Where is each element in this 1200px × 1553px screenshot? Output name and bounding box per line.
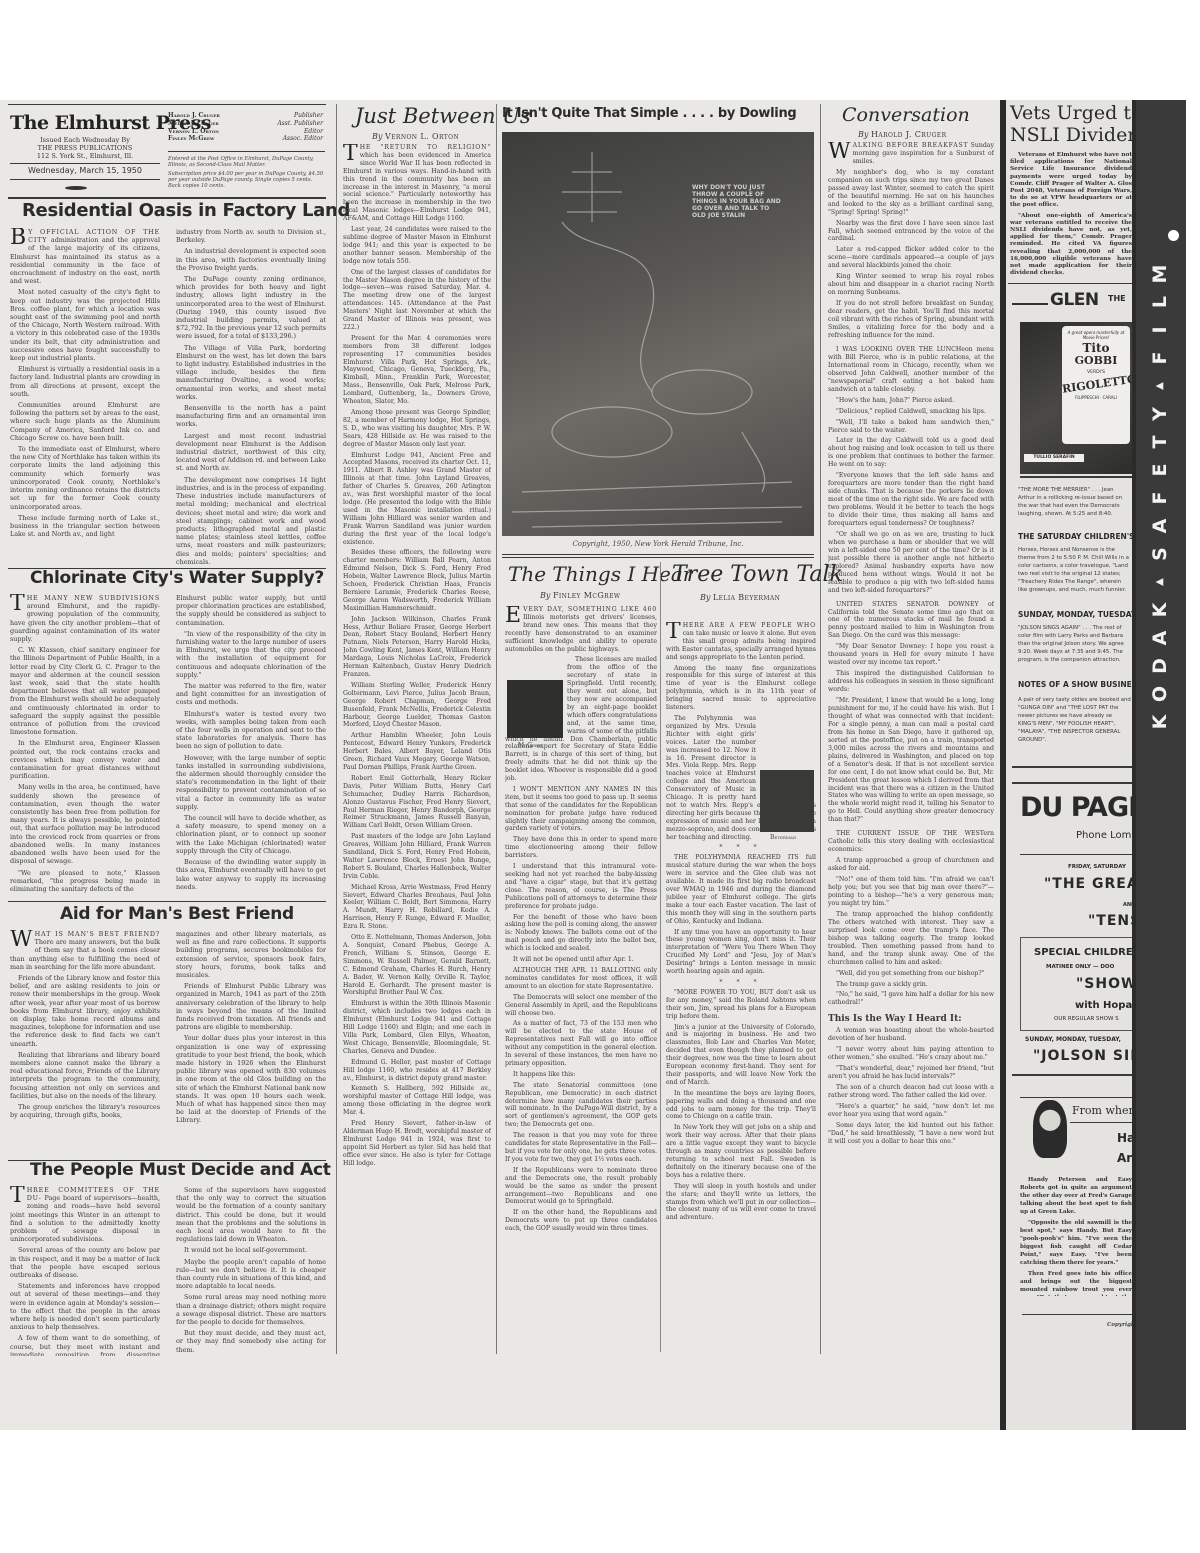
- paragraph: A woman was boasting about the whole-hea…: [828, 1027, 994, 1043]
- paragraph: administration and the approval of the l…: [10, 236, 160, 285]
- paragraph: Statements and inferences have cropped o…: [10, 1282, 160, 1331]
- paragraph: "No!" one of them told him. "I'm afraid …: [828, 876, 994, 908]
- lead-text: HAT IS MAN'S BEST FRIEND?: [35, 930, 160, 938]
- ad-rule: [1022, 1314, 1134, 1315]
- headline-library: Aid for Man's Best Friend: [60, 904, 294, 924]
- staff-rule: [168, 151, 325, 152]
- paragraph: Among those present was George Spindler,…: [343, 409, 491, 449]
- staff-role: Assoc. Editor: [283, 135, 323, 143]
- paragraph: Bensenville to the north has a paint man…: [176, 404, 326, 429]
- paragraph: Then Fred goes into his office and bring…: [1020, 1270, 1132, 1296]
- staff-name: Harold J. Cruger: [168, 112, 220, 120]
- headline-vets-2: NSLI Dividen: [1010, 124, 1140, 146]
- paragraph: Most noted casualty of the city's fight …: [10, 288, 160, 362]
- date-rule-top: [10, 163, 160, 164]
- lead-text: HE "RETURN TO RELIGION": [360, 144, 491, 151]
- headline-tree-town-talk: Tree Town Talk: [672, 562, 843, 587]
- paragraph: If you do not stroll before breakfast on…: [828, 300, 994, 340]
- paragraph: Later in the day Caldwell told us a good…: [828, 437, 994, 469]
- dupage-days-1: FRIDAY, SATURDAY: [1068, 864, 1126, 870]
- film-letter: M: [1146, 260, 1174, 288]
- paragraph: "Well, I'll take a baked ham sandwich th…: [828, 419, 994, 435]
- paragraph: "Everyone knows that the left side hams …: [828, 472, 994, 528]
- paragraph: Past masters of the lodge are John Layla…: [343, 833, 491, 880]
- dropcap: T: [10, 1187, 25, 1205]
- film-letter: ▲: [1146, 372, 1174, 400]
- column-rule: [820, 104, 821, 1354]
- paragraph: An industrial development is expected so…: [176, 247, 326, 272]
- vets-article: Veterans of Elmhurst who have not filed …: [1010, 152, 1132, 277]
- dupage-feature-4: "JOLSON SIN: [1033, 1048, 1143, 1064]
- ad-rule: [1012, 1074, 1134, 1076]
- glen-logo: GLEN: [1050, 290, 1099, 310]
- paragraph: Communities around Elmhurst are followin…: [10, 401, 160, 442]
- headline-conversation: Conversation: [842, 104, 970, 126]
- library-col-1: WHAT IS MAN'S BEST FRIEND? There are man…: [10, 930, 160, 1158]
- paragraph: The son of a church deacon had cut loose…: [828, 1084, 994, 1100]
- paragraph: John Jackson Wilkinson, Charles Frank He…: [343, 616, 491, 679]
- dropcap: T: [666, 623, 681, 641]
- columnist-portrait-icon: [1033, 1100, 1067, 1158]
- cartoon-caption: Copyright, 1950, New York Herald Tribune…: [502, 540, 814, 548]
- film-letter: T: [1146, 428, 1174, 456]
- paragraph: industry from North av. south to Divisio…: [176, 228, 326, 244]
- film-letter: K: [1146, 708, 1174, 736]
- staff-name: Finley McGrew: [168, 135, 214, 143]
- paragraph: The council will have to decide whether,…: [176, 814, 326, 855]
- paragraph: which has been evidenced in America sinc…: [343, 152, 491, 222]
- masthead-ornament: [65, 186, 87, 190]
- paragraph: THE CURRENT ISSUE OF THE WESTern Catholi…: [828, 830, 994, 854]
- headline-things-i-hear: The Things I Hear: [508, 562, 692, 586]
- glen-saturday-head: THE SATURDAY CHILDREN'S MA: [1018, 532, 1150, 541]
- paragraph: A tramp approached a group of churchmen …: [828, 857, 994, 873]
- paragraph: They will sleep in youth hostels and und…: [666, 1183, 816, 1223]
- paragraph: ALTHOUGH THE APR. 11 BALLOTING only nomi…: [505, 967, 657, 991]
- water-col-2: Elmhurst public water supply, but until …: [176, 594, 326, 894]
- entry-notice: Entered at the Post Office in Elmhurst, …: [168, 156, 325, 189]
- subscription-notice: Subscription price $4.00 per year in DuP…: [168, 171, 325, 190]
- paragraph: "I never worry about him paying attentio…: [828, 1046, 994, 1062]
- byline-name: Harold J. Cruger: [871, 130, 947, 139]
- residential-col-1: BY OFFICIAL ACTION OF THE CITY administr…: [10, 228, 160, 573]
- paragraph: Friends of Elmhurst Public Library was o…: [176, 982, 326, 1031]
- poster-star-last: GOBBI: [1062, 355, 1130, 367]
- paragraph: Fred Henry Sievert, father-in-law of Ald…: [343, 1120, 491, 1167]
- dropcap: W: [10, 931, 33, 949]
- ad-rule: [1020, 854, 1134, 855]
- column-rule: [336, 104, 337, 1354]
- paragraph: Because of the dwindling water supply in…: [176, 858, 326, 891]
- date-rule-bottom: [10, 179, 160, 180]
- film-letter: A: [1146, 624, 1174, 652]
- paragraph: Last year, 24 candidates were raised to …: [343, 226, 491, 266]
- dropcap: E: [505, 607, 521, 625]
- ad-rule: [1012, 766, 1134, 768]
- paragraph: Illinois motorists get drivers' licenses…: [505, 614, 657, 653]
- paragraph: In New York they will get jobs on a ship…: [666, 1124, 816, 1179]
- paragraph: Kenneth S. Hallberg, 592 Hillside av., w…: [343, 1085, 491, 1117]
- paragraph: "No," he said, "I gave him half a dollar…: [828, 991, 994, 1007]
- residential-col-2: industry from North av. south to Divisio…: [176, 228, 326, 573]
- paragraph: Several areas of the county are below pa…: [10, 1246, 160, 1279]
- film-letter: F: [1146, 484, 1174, 512]
- paragraph: This inspired the distinguished Californ…: [828, 670, 994, 694]
- paragraph: around Elmhurst, and the rapidly-growing…: [10, 602, 160, 643]
- film-letter: F: [1146, 344, 1174, 372]
- photo-spacer: [756, 715, 816, 797]
- staff-role: Publisher: [294, 112, 323, 120]
- paragraph: These include farming north of Lake st.,…: [10, 514, 160, 539]
- paragraph: Elmhurst is within the 30th Illinois Mas…: [343, 1000, 491, 1055]
- paragraph: Elmhurst is virtually a residential oasi…: [10, 365, 160, 398]
- paragraph: Your dollar dues plus your interest in t…: [176, 1034, 326, 1124]
- paragraph: "Here's a quarter," he said, "now don't …: [828, 1103, 994, 1119]
- paragraph: "We are pleased to note," Klassen remark…: [10, 869, 160, 894]
- poster-conductor: TULLIO SERAFIN: [1024, 454, 1084, 462]
- paragraph: To the immediate east of Elmhurst, where…: [10, 445, 160, 511]
- paragraph: "How's the ham, John?" Pierce asked.: [828, 397, 994, 405]
- paragraph: The matter was referred to the fire, wat…: [176, 682, 326, 707]
- paragraph: My neighbor's dog, who is my constant co…: [828, 169, 994, 217]
- paragraph: They have done this in order to spend mo…: [505, 836, 657, 860]
- paragraph: "Mr. President, I knew that would be a l…: [828, 697, 994, 824]
- staff-role: Asst. Publisher: [277, 120, 323, 128]
- paragraph: "Delicious," replied Caldwell, smacking …: [828, 408, 994, 416]
- photo-spacer: [505, 656, 567, 732]
- paragraph: A few of them want to do something, of c…: [10, 1334, 160, 1356]
- paragraph: It would not be local self-government.: [176, 1246, 326, 1254]
- film-letter: O: [1146, 680, 1174, 708]
- paragraph: "In view of the responsibility of the ci…: [176, 630, 326, 679]
- paragraph: Arthur Hamblin Wheeler, John Louis Pente…: [343, 732, 491, 772]
- publisher-address: 112 S. York St., Elmhurst, Ill.: [10, 152, 160, 160]
- ad-rule: [1020, 1097, 1134, 1098]
- postal-notice: Entered at the Post Office in Elmhurst, …: [168, 156, 325, 169]
- byline-prefix: By: [372, 132, 382, 141]
- cartoon-rule: [502, 557, 814, 558]
- section-divider-stars: * * *: [666, 844, 816, 852]
- paragraph: Nearby was the first dove I have seen si…: [828, 220, 994, 244]
- people-col-1: THREE COMMITTEES OF THE DU- Page board o…: [10, 1186, 160, 1356]
- paragraph: The DuPage county zoning ordinance, whic…: [176, 275, 326, 341]
- byline: By Lelia Beyerman: [700, 593, 780, 602]
- staff-name: Melvin J. Cruger: [168, 120, 219, 128]
- paragraph: C. W. Klassen, chief sanitary engineer f…: [10, 646, 160, 736]
- paragraph: Robert Emil Gotterhalk, Henry Ricker Dav…: [343, 775, 491, 830]
- paragraph: The Village of Villa Park, bordering Elm…: [176, 344, 326, 401]
- column-rule: [496, 104, 497, 1354]
- film-letter: D: [1146, 652, 1174, 680]
- paragraph: The tramp approached the bishop confiden…: [828, 911, 994, 967]
- byline-name: Lelia Beyerman: [713, 593, 780, 602]
- paragraph: "Well, did you get something from our bi…: [828, 970, 994, 978]
- paragraph: magazines and other library materials, a…: [176, 930, 326, 979]
- issue-date: Wednesday, March 15, 1950: [10, 166, 160, 175]
- paragraph: As a matter of fact, 73 of the 153 men w…: [505, 1020, 657, 1067]
- dropcap: B: [10, 229, 26, 247]
- staff-box: Harold J. CrugerPublisher Melvin J. Crug…: [168, 112, 323, 143]
- cartoon-speech: Why don't you just throw a couple of thi…: [692, 184, 782, 219]
- paragraph: Jim's a junior at the University of Colo…: [666, 1024, 816, 1087]
- ad-rule: [1020, 476, 1132, 478]
- lead-text: HE MANY NEW SUBDIVISIONS: [27, 594, 160, 602]
- paragraph: Elmhurst public water supply, but until …: [176, 594, 326, 627]
- paragraph: In the meantime the boys are laying floo…: [666, 1090, 816, 1122]
- people-col-2: Some of the supervisors have suggested t…: [176, 1186, 326, 1356]
- film-letter: A: [1146, 512, 1174, 540]
- just-between-column: THE "RETURN TO RELIGION" which has been …: [343, 144, 491, 1354]
- byline-prefix: By: [540, 591, 550, 600]
- dupage-days-2: SUNDAY, MONDAY, TUESDAY,: [1025, 1036, 1121, 1043]
- poster-title: RIGOLETTO: [1061, 373, 1130, 396]
- dupage-regular: OUR REGULAR SHOW S: [1054, 1016, 1119, 1022]
- paragraph: If any time you have an opportunity to h…: [666, 929, 816, 976]
- paragraph: Some of the supervisors have suggested t…: [176, 1186, 326, 1243]
- paragraph: "Or shall we go on as we are, trusting t…: [828, 531, 994, 595]
- lead-text: ALKING BEFORE BREAKFAST: [853, 142, 969, 149]
- staff-role: Editor: [304, 128, 323, 136]
- paragraph: Veterans of Elmhurst who have not filed …: [1010, 152, 1132, 210]
- dupage-feature-1: "THE GREA: [1044, 876, 1139, 892]
- film-letter: K: [1146, 596, 1174, 624]
- headline-people: The People Must Decide and Act: [30, 1160, 331, 1180]
- byline-prefix: By: [858, 130, 868, 139]
- cartoon-title: It Isn't Quite That Simple . . . . by Do…: [502, 106, 796, 121]
- staff-name: Vernon L. Orton: [168, 128, 219, 136]
- ad-rule: [1008, 283, 1134, 284]
- paragraph: It will not be opened until after Apr. 1…: [505, 956, 657, 964]
- glen-note-more-merrier: "THE MORE THE MERRIER" . . . Jean Arthur…: [1018, 486, 1132, 518]
- paragraph: The group enriches the library's resourc…: [10, 1103, 160, 1119]
- headline-water: Chlorinate City's Water Supply?: [30, 568, 324, 588]
- paragraph: I WON'T MENTION ANY NAMES IN this item, …: [505, 786, 657, 833]
- paragraph: Elmhurst Lodge 941, Ancient Free and Acc…: [343, 452, 491, 547]
- dropcap: T: [10, 595, 25, 613]
- editorial-cartoon: Why don't you just throw a couple of thi…: [502, 132, 814, 536]
- glen-saturday-text: Horses, Horses and Nonsense is the theme…: [1018, 546, 1132, 594]
- dropcap: T: [343, 145, 358, 163]
- film-sprocket-hole-icon: [1168, 230, 1179, 241]
- paragraph: "That's wonderful, dear," rejoined her f…: [828, 1065, 994, 1081]
- paragraph: "About one-eighth of America's war veter…: [1010, 213, 1132, 277]
- film-letter: S: [1146, 540, 1174, 568]
- film-letter: I: [1146, 316, 1174, 344]
- column-rule: [660, 562, 661, 1352]
- paragraph: The reason is that you may vote for thre…: [505, 1132, 657, 1164]
- dupage-phone: Phone Lomb: [1076, 830, 1138, 841]
- glen-suffix: THE: [1108, 294, 1126, 303]
- paragraph: But they must decide, and they must act,…: [176, 1329, 326, 1354]
- subhead-this-is-the-way: This Is the Way I Heard It:: [828, 1013, 994, 1025]
- water-col-1: THE MANY NEW SUBDIVISIONS around Elmhurs…: [10, 594, 160, 894]
- paragraph: Elmhurst's water is tested every two wee…: [176, 710, 326, 751]
- paragraph: THE POLYHYMNIA REACHED ITS full musical …: [666, 854, 816, 925]
- paragraph: can take music or leave it alone. But ev…: [666, 630, 816, 661]
- paragraph: Some days later, the kid hunted out his …: [828, 1122, 994, 1146]
- paragraph: The state Senatorial committees (one Rep…: [505, 1082, 657, 1129]
- ad-rule: [1012, 782, 1134, 784]
- paragraph: Many wells in the area, he continued, ha…: [10, 783, 160, 865]
- film-letter: E: [1146, 456, 1174, 484]
- paragraph: Page board of supervisors—health, zoning…: [10, 1194, 160, 1243]
- paragraph: The Democrats will select one member of …: [505, 994, 657, 1018]
- library-col-2: magazines and other library materials, a…: [176, 930, 326, 1158]
- dupage-matinee: MATINEE ONLY — DOO: [1046, 964, 1114, 970]
- from-where-head: From where: [1072, 1104, 1140, 1117]
- paragraph: Edmund G. Heller, past master of Cottage…: [343, 1059, 491, 1083]
- section-divider-stars: * * *: [666, 979, 816, 987]
- conversation-column: WALKING BEFORE BREAKFAST Sunday morning …: [828, 142, 994, 1352]
- things-i-hear-column: EVERY DAY, SOMETHING LIKE 460 Illinois m…: [505, 606, 657, 1351]
- paragraph: Handy Peterson and Easy Roberts got in q…: [1020, 1176, 1132, 1216]
- headline-vets-1: Vets Urged to: [1010, 102, 1142, 124]
- film-letter: L: [1146, 288, 1174, 316]
- section-rule: [8, 901, 326, 902]
- tree-town-column: THERE ARE A FEW PEOPLE WHO can take musi…: [666, 622, 816, 1352]
- paragraph: King Winter seemed to wrap his royal rob…: [828, 273, 994, 297]
- byline-name: Vernon L. Orton: [385, 132, 459, 141]
- paragraph: If the Republicans were to nominate thre…: [505, 1167, 657, 1207]
- dropcap: W: [828, 143, 851, 161]
- headline-residential: Residential Oasis in Factory Land: [22, 200, 350, 221]
- glen-sunday-text: "JOLSON SINGS AGAIN" . . . The rest of c…: [1018, 624, 1132, 664]
- paragraph: For the benefit of those who have been a…: [505, 914, 657, 954]
- publisher-org: THE PRESS PUBLICATIONS: [10, 144, 160, 152]
- paragraph: "Opposite the old sawmill is the best sp…: [1020, 1219, 1132, 1267]
- film-edge-text: M L I F ▲ Y T E F A S ▲ K A D O K: [1146, 260, 1174, 736]
- paragraph: One of the largest classes of candidates…: [343, 269, 491, 332]
- paragraph: In the Elmhurst area, Engineer Klassen p…: [10, 739, 160, 780]
- ad-rule: [1070, 1122, 1134, 1123]
- paragraph: Largest and most recent industrial devel…: [176, 432, 326, 473]
- paragraph: Present for the Mar. 4 ceremonies were m…: [343, 335, 491, 406]
- paragraph: Michael Kross, Arrie Westmass, Fred Henr…: [343, 884, 491, 931]
- logo-dash: [1012, 303, 1048, 305]
- poster-card: A great opera masterfully at Movie Price…: [1062, 326, 1130, 444]
- paragraph: Besides these officers, the following we…: [343, 549, 491, 612]
- issued-line: Issued Each Wednesday By: [10, 136, 160, 144]
- paragraph: It happens like this:: [505, 1071, 657, 1079]
- paragraph: Maybe the people aren't capable of home …: [176, 1258, 326, 1291]
- paragraph: Later a red-capped flicker added color t…: [828, 246, 994, 270]
- byline: By Harold J. Cruger: [858, 130, 947, 139]
- paragraph: The development now comprises 14 light i…: [176, 476, 326, 566]
- film-letter: ▲: [1146, 568, 1174, 596]
- paragraph: Friends of the Library know and foster t…: [10, 974, 160, 1048]
- top-rule: [8, 104, 326, 105]
- cartoon-rule: [502, 554, 814, 555]
- paragraph: If on the other hand, the Republicans an…: [505, 1209, 657, 1233]
- paragraph: I WAS LOOKING OVER THE LUNCHeon menu wit…: [828, 346, 994, 394]
- poster-costars: FILIPPESCHI · CARALI: [1062, 395, 1130, 400]
- byline-prefix: By: [700, 593, 710, 602]
- byline: By Vernon L. Orton: [372, 132, 459, 141]
- masthead-bottom-rule: [8, 197, 326, 199]
- paragraph: "My Dear Senator Downey: I hope you roas…: [828, 643, 994, 667]
- paragraph: UNITED STATES SENATOR DOWNEY of Californ…: [828, 601, 994, 641]
- paragraph: Realizing that librarians and library bo…: [10, 1051, 160, 1100]
- paragraph: However, with the large number of septic…: [176, 754, 326, 811]
- lead-text: VERY DAY, SOMETHING LIKE 460: [523, 606, 657, 613]
- glen-sunday-head: SUNDAY, MONDAY, TUESDAY: [1018, 610, 1136, 619]
- poster-tagline: A great opera masterfully at Movie Price…: [1062, 330, 1130, 340]
- byline: By Finley McGrew: [540, 591, 620, 600]
- paragraph: William Sterling Weller, Frederick Henry…: [343, 682, 491, 729]
- paragraph: Some rural areas may need nothing more t…: [176, 1293, 326, 1326]
- paragraph: The tramp gave a sickly grin.: [828, 981, 994, 989]
- lead-text: HERE ARE A FEW PEOPLE WHO: [683, 622, 816, 629]
- from-where-article: Handy Peterson and Easy Roberts got in q…: [1020, 1176, 1132, 1296]
- paragraph: I understand that this intramural vote-s…: [505, 863, 657, 910]
- paragraph: "MORE POWER TO YOU, BUT don't ask us for…: [666, 989, 816, 1021]
- glen-notes-text: A pair of very tasty oldies are booked a…: [1018, 696, 1132, 744]
- byline-name: Finley McGrew: [553, 591, 620, 600]
- film-letter: Y: [1146, 400, 1174, 428]
- paragraph: Among the many fine organizations respon…: [666, 665, 816, 712]
- paragraph: Otto E. Nottelmann, Thomas Anderson, Joh…: [343, 934, 491, 997]
